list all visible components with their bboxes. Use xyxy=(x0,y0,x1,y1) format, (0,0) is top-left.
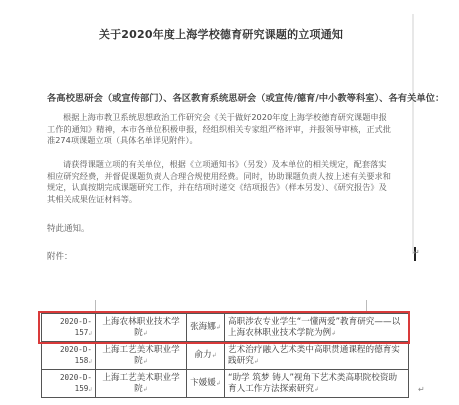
project-id-cell[interactable]: 2020-D-158↲ xyxy=(42,342,96,370)
topic-cell[interactable]: 艺术治疗融入艺术类中高职贯通课程的德育实践研究↲ xyxy=(225,342,409,370)
table-row[interactable]: 2020-D-158↲ 上海工艺美术职业学院↲ 俞力↲ 艺术治疗融入艺术类中高职… xyxy=(42,342,409,370)
project-id-cell[interactable]: 2020-D-159↲ xyxy=(42,370,96,398)
paragraph-mark-icon: ↵ xyxy=(418,385,425,394)
paragraph-2: 请获得课题立项的有关单位，根据《立项通知书》（另发）及本单位的相关规定，配套落实… xyxy=(47,159,392,205)
school-cell[interactable]: 上海工艺美术职业学院↲ xyxy=(96,370,187,398)
highlight-box xyxy=(38,311,410,344)
school-cell[interactable]: 上海工艺美术职业学院↲ xyxy=(96,342,187,370)
table-row[interactable]: 2020-D-159↲ 上海工艺美术职业学院↲ 卞媛媛↲ “助学 筑梦 铸人”视… xyxy=(42,370,409,398)
page-right-edge xyxy=(412,14,414,254)
closing-text: 特此通知。 xyxy=(47,222,90,234)
paragraph-1: 根据上海市教卫系统思想政治工作研究会《关于做好2020年度上海学校德育研究课题申… xyxy=(47,112,392,147)
salutation: 各高校思研会（或宣传部门）、各区教育系统思研会（或宣传/德育/中小教等科室）、各… xyxy=(47,90,444,104)
person-cell[interactable]: 卞媛媛↲ xyxy=(187,370,225,398)
person-cell[interactable]: 俞力↲ xyxy=(187,342,225,370)
attachment-label: 附件： xyxy=(47,250,73,262)
topic-cell[interactable]: “助学 筑梦 铸人”视角下艺术类高职院校资助育人工作方法探索研究↲ xyxy=(225,370,409,398)
document-title: 关于2020年度上海学校德育研究课题的立项通知 xyxy=(0,26,442,42)
paragraph-mark-icon: ↵ xyxy=(413,248,420,257)
